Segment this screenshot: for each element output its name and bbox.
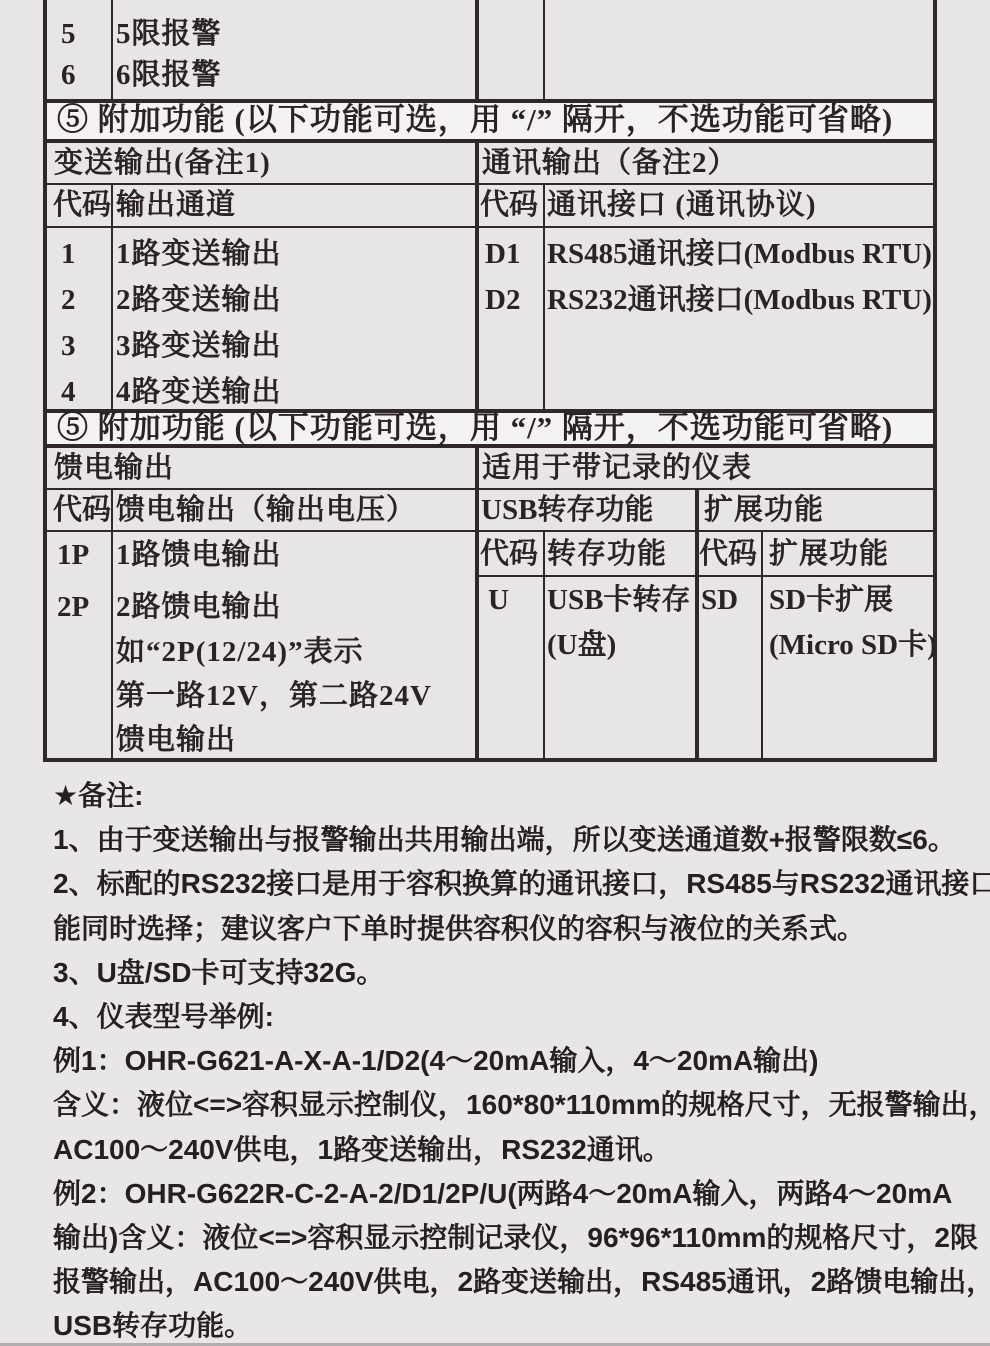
- divider: [475, 0, 479, 99]
- example-1-desc-line1: 含义：液位<=>容积显示控制仪，160*80*110mm的规格尺寸，无报警输出，: [53, 1083, 963, 1127]
- feed-code: 1P: [57, 533, 89, 578]
- feed-output-header: 馈电输出（输出电压）: [116, 491, 416, 529]
- feed-note-line: 如“2P(12/24)”表示: [116, 630, 364, 675]
- example-2-desc-line1: 输出)含义：液位<=>容积显示控制记录仪，96*96*110mm的规格尺寸，2限: [53, 1216, 963, 1260]
- expand-function-header: 扩展功能: [769, 534, 889, 574]
- divider: [111, 0, 113, 99]
- example-2-desc-line3: USB转存功能。: [53, 1304, 963, 1346]
- divider: [543, 532, 545, 758]
- code-column-header: 代码: [480, 534, 538, 574]
- divider: [111, 185, 113, 409]
- divider: [695, 490, 699, 758]
- transmit-comm-table: 变送输出(备注1) 通讯输出（备注2） 代码 输出通道 代码 通讯接口 (通讯协…: [43, 143, 937, 413]
- addon-function-header-2: ⑤ 附加功能 (以下功能可选，用 “/” 隔开，不选功能可省略): [43, 413, 937, 448]
- transmit-code: 4: [61, 369, 77, 415]
- remark-1: 1、由于变送输出与报警输出共用输出端，所以变送通道数+报警限数≤6。: [53, 818, 963, 862]
- usb-section-title: USB转存功能: [481, 491, 653, 529]
- sd-label-line2: (Micro SD卡): [769, 623, 937, 668]
- feed-code: 2P: [57, 585, 89, 630]
- comm-code: D2: [485, 277, 520, 323]
- alarm-label-6: 6限报警: [116, 53, 222, 97]
- example-1-model: 例1：OHR-G621-A-X-A-1/D2(4～20mA输入，4～20mA输出…: [53, 1039, 963, 1083]
- transmit-label: 4路变送输出: [116, 369, 282, 415]
- spec-sheet-page: { "addon_header": "⑤ 附加功能 (以下功能可选，用 “/” …: [0, 0, 990, 1346]
- transmit-label: 3路变送输出: [116, 323, 282, 369]
- usb-code: U: [488, 578, 509, 623]
- code-column-header: 代码: [53, 186, 111, 225]
- alarm-code-6: 6: [61, 53, 77, 97]
- divider: [111, 490, 113, 758]
- remark-3: 3、U盘/SD卡可支持32G。: [53, 951, 963, 995]
- comm-label: RS232通讯接口(Modbus RTU): [547, 277, 932, 323]
- remark-2-line2: 能同时选择；建议客户下单时提供容积仪的容积与液位的关系式。: [53, 907, 963, 951]
- feed-output-title: 馈电输出: [54, 449, 174, 487]
- transmit-output-title: 变送输出(备注1): [54, 144, 271, 182]
- recorder-title: 适用于带记录的仪表: [482, 449, 752, 487]
- transmit-code: 3: [61, 323, 77, 369]
- divider: [543, 0, 545, 99]
- divider: [475, 143, 479, 409]
- alarm-table-continuation: 5 5限报警 6 6限报警: [43, 0, 937, 103]
- code-column-header: 代码: [53, 491, 111, 529]
- code-column-header: 代码: [480, 186, 538, 225]
- feed-label: 1路馈电输出: [116, 533, 282, 578]
- addon-function-header-1: ⑤ 附加功能 (以下功能可选，用 “/” 隔开，不选功能可省略): [43, 103, 937, 143]
- divider: [543, 185, 545, 409]
- alarm-label-5: 5限报警: [116, 12, 222, 56]
- comm-label: RS485通讯接口(Modbus RTU): [547, 231, 932, 277]
- divider: [47, 530, 933, 532]
- sd-code: SD: [701, 578, 738, 623]
- output-channel-header: 输出通道: [116, 186, 236, 225]
- remark-4: 4、仪表型号举例:: [53, 995, 963, 1039]
- sd-label-line1: SD卡扩展: [769, 578, 893, 623]
- transmit-label: 1路变送输出: [116, 231, 282, 277]
- transmit-label: 2路变送输出: [116, 277, 282, 323]
- remark-2-line1: 2、标配的RS232接口是用于容积换算的通讯接口，RS485与RS232通讯接口…: [53, 862, 963, 906]
- feed-output-table: 馈电输出 适用于带记录的仪表 代码 馈电输出（输出电压） USB转存功能 扩展功…: [43, 448, 937, 762]
- remarks-title: ★备注:: [53, 774, 963, 818]
- feed-note-line: 第一路12V，第二路24V: [116, 674, 432, 719]
- comm-code: D1: [485, 231, 520, 277]
- feed-label: 2路馈电输出: [116, 585, 282, 630]
- example-1-desc-line2: AC100～240V供电，1路变送输出，RS232通讯。: [53, 1128, 963, 1172]
- transmit-code: 2: [61, 277, 77, 323]
- transfer-function-header: 转存功能: [547, 534, 667, 574]
- comm-interface-header: 通讯接口 (通讯协议): [547, 186, 817, 225]
- comm-output-title: 通讯输出（备注2）: [482, 144, 738, 182]
- usb-label-line1: USB卡转存: [547, 578, 690, 623]
- divider: [47, 488, 933, 490]
- divider: [47, 183, 933, 185]
- transmit-code: 1: [61, 231, 77, 277]
- example-2-model: 例2：OHR-G622R-C-2-A-2/D1/2P/U(两路4～20mA输入，…: [53, 1172, 963, 1216]
- code-column-header: 代码: [699, 534, 757, 574]
- expand-section-title: 扩展功能: [704, 491, 824, 529]
- divider: [761, 532, 763, 758]
- alarm-code-5: 5: [61, 12, 77, 56]
- example-2-desc-line2: 报警输出，AC100～240V供电，2路变送输出，RS485通讯，2路馈电输出，: [53, 1260, 963, 1304]
- usb-label-line2: (U盘): [547, 623, 616, 668]
- divider: [477, 575, 933, 577]
- divider: [47, 226, 933, 228]
- remarks-section: ★备注: 1、由于变送输出与报警输出共用输出端，所以变送通道数+报警限数≤6。 …: [53, 774, 963, 1346]
- feed-note-line: 馈电输出: [116, 718, 236, 763]
- divider: [475, 448, 479, 758]
